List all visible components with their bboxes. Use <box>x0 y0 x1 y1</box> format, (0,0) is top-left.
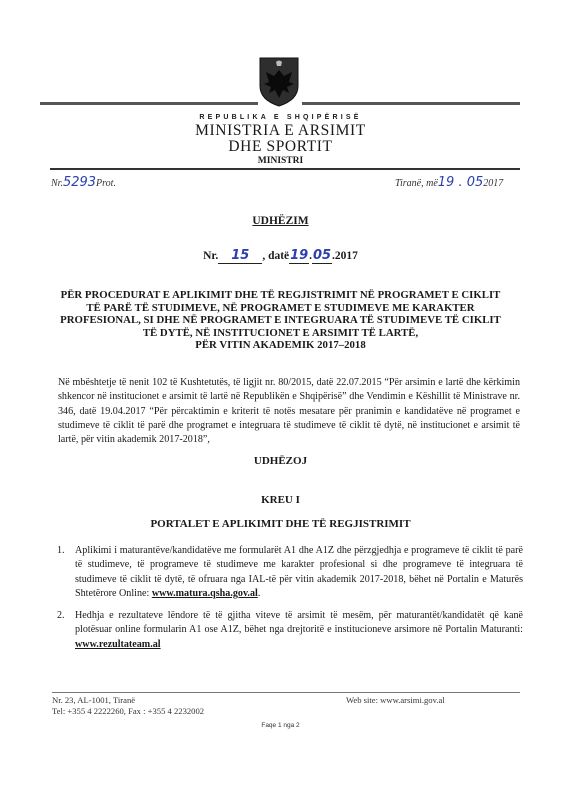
date-year: .2017 <box>332 250 358 262</box>
item-text: Hedhja e rezultateve lëndore të të gjith… <box>75 610 523 635</box>
footer-contact: Nr. 23, AL-1001, Tiranë Tel: +355 4 2222… <box>52 695 204 717</box>
date-month-handwritten: 05 <box>312 248 332 264</box>
item-number: 1. <box>57 544 65 558</box>
list-item: 1. Aplikimi i maturantëve/kandidatëve me… <box>57 544 523 601</box>
item-body: Aplikimi i maturantëve/kandidatëve me fo… <box>75 544 523 601</box>
date-label: , datë <box>262 250 289 262</box>
date-year: 2017 <box>483 178 503 189</box>
footer-website: Web site: www.arsimi.gov.al <box>346 695 445 706</box>
office-name: MINISTRI <box>0 156 561 166</box>
footer-phone-fax: Tel: +355 4 2222260, Fax : +355 4 223200… <box>52 706 204 717</box>
item-after: . <box>258 588 261 599</box>
title-line: PËR PROCEDURAT E APLIKIMIT DHE TË REGJIS… <box>0 289 561 302</box>
chapter-title: PORTALET E APLIKIMIT DHE TË REGJISTRIMIT <box>0 518 561 530</box>
document-type: UDHËZIM <box>0 215 561 227</box>
header-rule-left <box>40 102 258 105</box>
maturanti-portal-link[interactable]: www.rezultateam.al <box>75 639 161 650</box>
list-item: 2. Hedhja e rezultateve lëndore të të gj… <box>57 609 523 652</box>
chapter-heading: KREU I <box>0 494 561 506</box>
directive-heading: UDHËZOJ <box>0 455 561 467</box>
title-line: TË PARË TË STUDIMEVE, NË PROGRAMET E STU… <box>0 302 561 315</box>
item-number: 2. <box>57 609 65 623</box>
protocol-prefix: Nr. <box>51 178 63 189</box>
place-prefix: Tiranë, më <box>395 178 438 189</box>
item-text: Aplikimi i maturantëve/kandidatëve me fo… <box>75 545 523 599</box>
nr-handwritten: 15 <box>218 248 262 264</box>
title-line: PËR VITIN AKADEMIK 2017–2018 <box>0 339 561 352</box>
ministry-name-line2: DHE SPORTIT <box>0 138 561 156</box>
header-rule-right <box>302 102 520 105</box>
place-date: Tiranë, më19 . 052017 <box>395 175 503 190</box>
republic-name: REPUBLIKA E SHQIPËRISË <box>0 114 561 121</box>
preamble-paragraph: Në mbështetje të nenit 102 të Kushtetutë… <box>58 376 520 447</box>
title-line: PROFESIONAL, SI DHE NË PROGRAMET E INTEG… <box>0 314 561 327</box>
nr-label: Nr. <box>203 250 218 262</box>
title-line: TË DYTË, NË INSTITUCIONET E ARSIMIT TË L… <box>0 327 561 340</box>
protocol-number: Nr.5293Prot. <box>51 175 116 190</box>
footer-rule <box>52 692 520 693</box>
header-rule <box>50 168 520 170</box>
document-number-line: Nr.15, datë19.05.2017 <box>0 248 561 264</box>
date-day-handwritten: 19 <box>289 248 309 264</box>
matura-portal-link[interactable]: www.matura.qsha.gov.al <box>152 588 258 599</box>
protocol-number-handwritten: 5293 <box>63 175 96 190</box>
albanian-coat-of-arms-icon <box>258 56 300 108</box>
footer-address: Nr. 23, AL-1001, Tiranë <box>52 695 204 706</box>
document-title: PËR PROCEDURAT E APLIKIMIT DHE TË REGJIS… <box>0 289 561 352</box>
protocol-suffix: Prot. <box>96 178 116 189</box>
item-body: Hedhja e rezultateve lëndore të të gjith… <box>75 609 523 652</box>
date-handwritten: 19 . 05 <box>438 175 483 190</box>
page-indicator: Faqe 1 nga 2 <box>0 722 561 729</box>
